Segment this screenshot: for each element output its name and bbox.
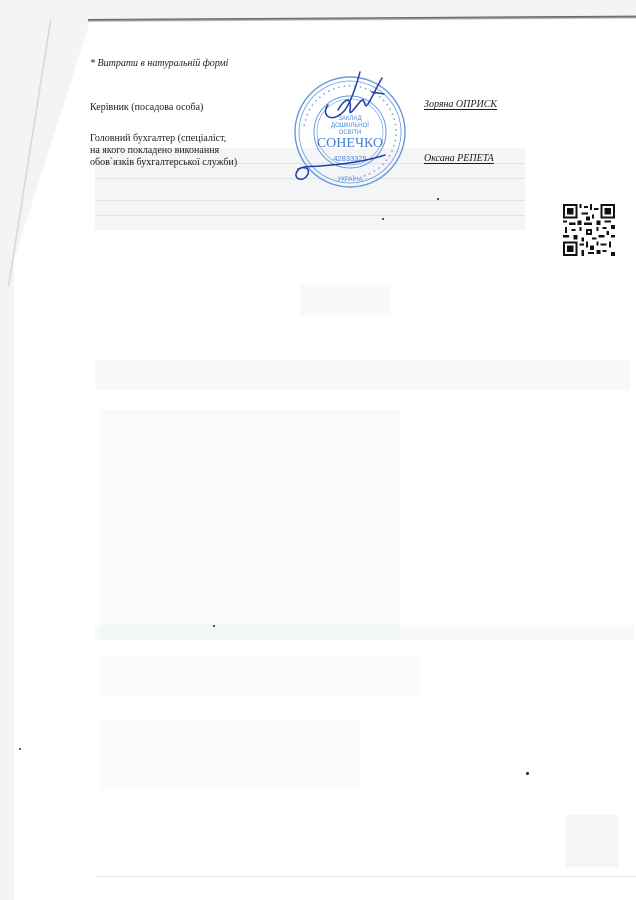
stamp-line-2: ДОШКІЛЬНОЇ xyxy=(331,122,369,129)
stamp-line-1: ЗАКЛАД xyxy=(338,116,361,122)
bleed-through-line xyxy=(95,200,525,201)
document-page: * Витрати в натуральній формі Керівник (… xyxy=(0,0,636,900)
bleed-through-total-row xyxy=(95,625,635,640)
scan-speck xyxy=(382,218,384,220)
accountant-role-line-1: Головний бухгалтер (спеціаліст, xyxy=(90,133,237,145)
qr-code xyxy=(563,204,615,256)
bleed-through-rows xyxy=(100,720,360,790)
director-role-label: Керівник (посадова особа) xyxy=(90,102,203,114)
bleed-through-rows xyxy=(100,655,420,695)
bleed-through-heading xyxy=(300,285,390,315)
scan-speck xyxy=(19,748,21,750)
footnote: * Витрати в натуральній формі xyxy=(90,58,228,69)
bleed-through-line xyxy=(95,215,525,216)
bleed-through-header-row xyxy=(95,360,630,390)
director-name: Зоряна ОПРИСК xyxy=(424,99,497,110)
qr-code-bleed-through xyxy=(566,815,618,867)
accountant-role-label: Головний бухгалтер (спеціаліст, на якого… xyxy=(90,133,237,169)
stamp-country: УКРАЇНА xyxy=(338,176,363,183)
stamp-name: СОНЕЧКО xyxy=(317,136,383,151)
scan-speck xyxy=(526,772,529,775)
bleed-through-rows xyxy=(100,410,400,640)
accountant-name: Оксана РЕПЕТА xyxy=(424,153,494,164)
scan-speck xyxy=(437,198,439,200)
accountant-role-line-2: на якого покладено виконання xyxy=(90,145,237,157)
scan-speck xyxy=(213,625,215,627)
official-stamp: • • • • • • • • • • • • • • • • • • • • … xyxy=(290,70,410,190)
footer-rule xyxy=(95,876,636,877)
accountant-role-line-3: обов`язків бухгалтерської служби) xyxy=(90,157,237,169)
